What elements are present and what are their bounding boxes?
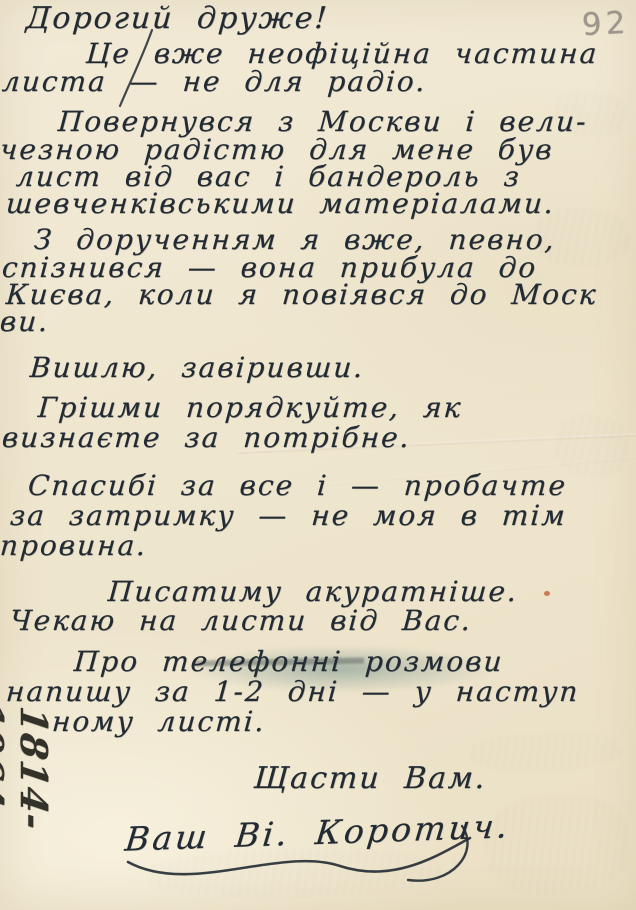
letter-line: З дорученням я вже, певно, xyxy=(33,226,557,254)
letter-line: Дорогий друже! xyxy=(25,4,330,34)
letter-line: ному листі. xyxy=(51,708,267,736)
letter-line: Писатиму акуратніше. xyxy=(107,578,519,606)
bleed-through-mark xyxy=(467,731,620,772)
letter-line: напишу за 1-2 дні — у наступ xyxy=(5,678,580,706)
letter-line: Це вже неофіційна частина xyxy=(85,40,599,68)
letter-line: Про телефонні розмови xyxy=(73,648,505,676)
paper-speck xyxy=(544,591,550,596)
letter-line: шевченківськими матеріалами. xyxy=(5,190,556,218)
letter-line: Вишлю, завіривши. xyxy=(29,354,365,382)
letter-page: 92 1814-1964 Дорогий друже! Це вже неофі… xyxy=(0,0,636,910)
letter-line: Повернувся з Москви і вели- xyxy=(57,108,589,136)
letter-line: Києва, коли я повіявся до Моск xyxy=(5,281,598,309)
letter-closing: Щасти Вам. xyxy=(253,764,488,794)
letter-line: визнаєте за потрібне. xyxy=(1,424,412,452)
letter-line: Грішми порядкуйте, як xyxy=(37,394,463,422)
anniversary-stamp: 1814-1964 xyxy=(10,704,56,910)
letter-line: ви. xyxy=(0,308,50,336)
signature-text: Ваш Ві. Коротич. xyxy=(123,809,512,855)
letter-line: листа — не для радіо. xyxy=(1,68,428,96)
letter-line: Чекаю на листи від Вас. xyxy=(9,607,473,635)
letter-line: провина. xyxy=(0,532,148,560)
letter-line: Спасибі за все і — пробачте xyxy=(27,472,568,500)
letter-line: за затримку — не моя в тім xyxy=(9,502,568,530)
